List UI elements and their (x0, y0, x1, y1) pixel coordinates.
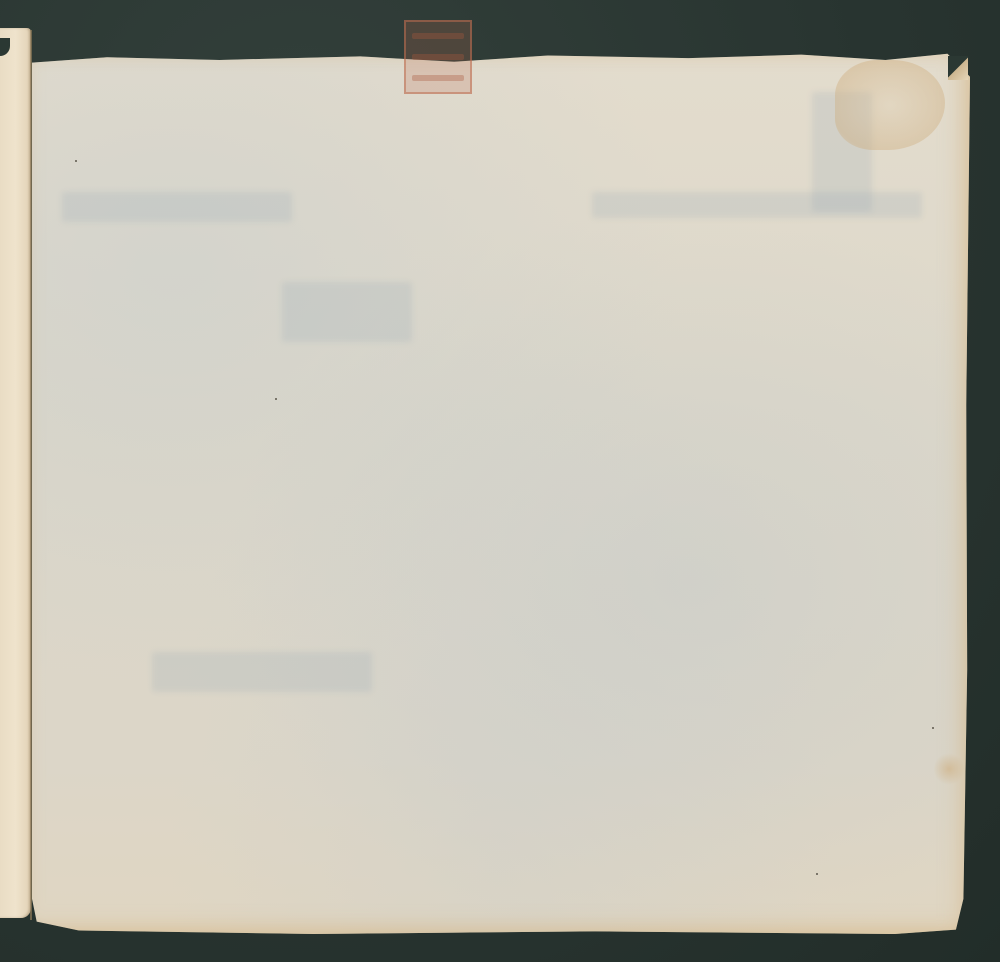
edge-damage (934, 752, 964, 786)
ink-showthrough (62, 192, 292, 222)
folded-corner (948, 56, 968, 80)
ink-showthrough (152, 652, 372, 692)
paper-speck (932, 727, 934, 729)
seal-glyph-row (412, 75, 464, 81)
paper-speck (816, 873, 818, 875)
adjacent-left-page (0, 28, 31, 918)
paper-speck (75, 160, 77, 162)
collector-seal-stamp (404, 20, 472, 94)
ink-showthrough (592, 192, 922, 218)
blank-paper-leaf (32, 52, 970, 934)
paper-speck (275, 398, 277, 400)
binding-spine (30, 30, 32, 920)
ink-showthrough (282, 282, 412, 342)
seal-glyph-row (412, 33, 464, 39)
scan-scene (0, 0, 1000, 962)
seal-glyph-row (412, 54, 464, 60)
